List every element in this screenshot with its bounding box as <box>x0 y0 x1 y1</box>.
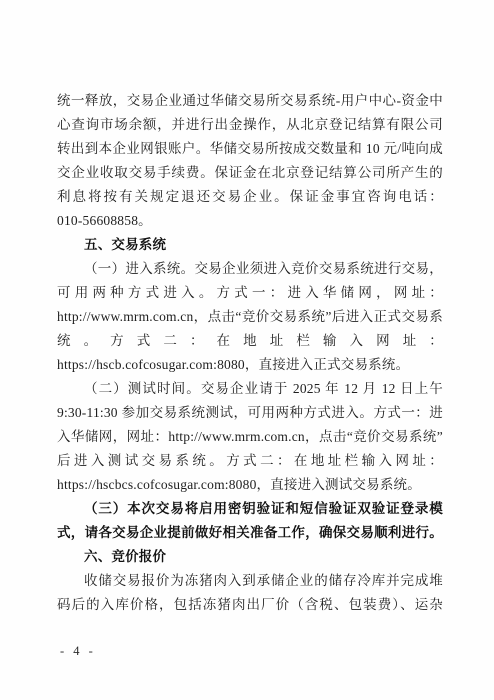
text-line: 交企业收取交易手续费。保证金在北京登记结算公司所产生的 <box>57 161 443 185</box>
text-line-url: 入华储网，网址：http://www.mrm.com.cn，点击“竞价交易系统” <box>57 425 443 449</box>
document-body: 统一释放，交易企业通过华储交易所交易系统-用户中心-资金中 心查询市场余额，并进… <box>57 89 443 617</box>
page-number: - 4 - <box>60 644 96 659</box>
text-line: 后进入测试交易系统。方式二：在地址栏输入网址： <box>57 449 443 473</box>
text-line: 统一释放，交易企业通过华储交易所交易系统-用户中心-资金中 <box>57 89 443 113</box>
text-line: （一）进入系统。交易企业须进入竞价交易系统进行交易， <box>57 257 443 281</box>
text-line: （三）本次交易将启用密钥验证和短信验证双验证登录模 <box>57 497 443 521</box>
text-line: 码后的入库价格，包括冻猪肉出厂价（含税、包装费）、运杂 <box>57 593 443 617</box>
text-line-url: https://hscbcs.cofcosugar.com:8080，直接进入测… <box>57 473 443 497</box>
text-line: 心查询市场余额，并进行出金操作，从北京登记结算有限公司 <box>57 113 443 137</box>
section-heading-6: 六、竞价报价 <box>57 545 443 569</box>
text-line: 统。方式二：在地址栏输入网址： <box>57 329 443 353</box>
text-line: 收储交易报价为冻猪肉入到承储企业的储存冷库并完成堆 <box>57 569 443 593</box>
text-line: 可用两种方式进入。方式一：进入华储网，网址： <box>57 281 443 305</box>
text-line: 式，请各交易企业提前做好相关准备工作，确保交易顺利进行。 <box>57 521 443 545</box>
text-line: （二）测试时间。交易企业请于 2025 年 12 月 12 日上午 <box>57 377 443 401</box>
text-line: 9:30-11:30 参加交易系统测试，可用两种方式进入。方式一：进 <box>57 401 443 425</box>
phone-number-line: 010-56608858。 <box>57 209 443 233</box>
text-line-url: http://www.mrm.com.cn，点击“竞价交易系统”后进入正式交易系 <box>57 305 443 329</box>
text-line-url: https://hscb.cofcosugar.com:8080，直接进入正式交… <box>57 353 443 377</box>
text-line: 利息将按有关规定退还交易企业。保证金事宜咨询电话： <box>57 185 443 209</box>
section-heading-5: 五、交易系统 <box>57 233 443 257</box>
text-line: 转出到本企业网银账户。华储交易所按成交数量和 10 元/吨向成 <box>57 137 443 161</box>
document-page: 统一释放，交易企业通过华储交易所交易系统-用户中心-资金中 心查询市场余额，并进… <box>0 0 494 700</box>
